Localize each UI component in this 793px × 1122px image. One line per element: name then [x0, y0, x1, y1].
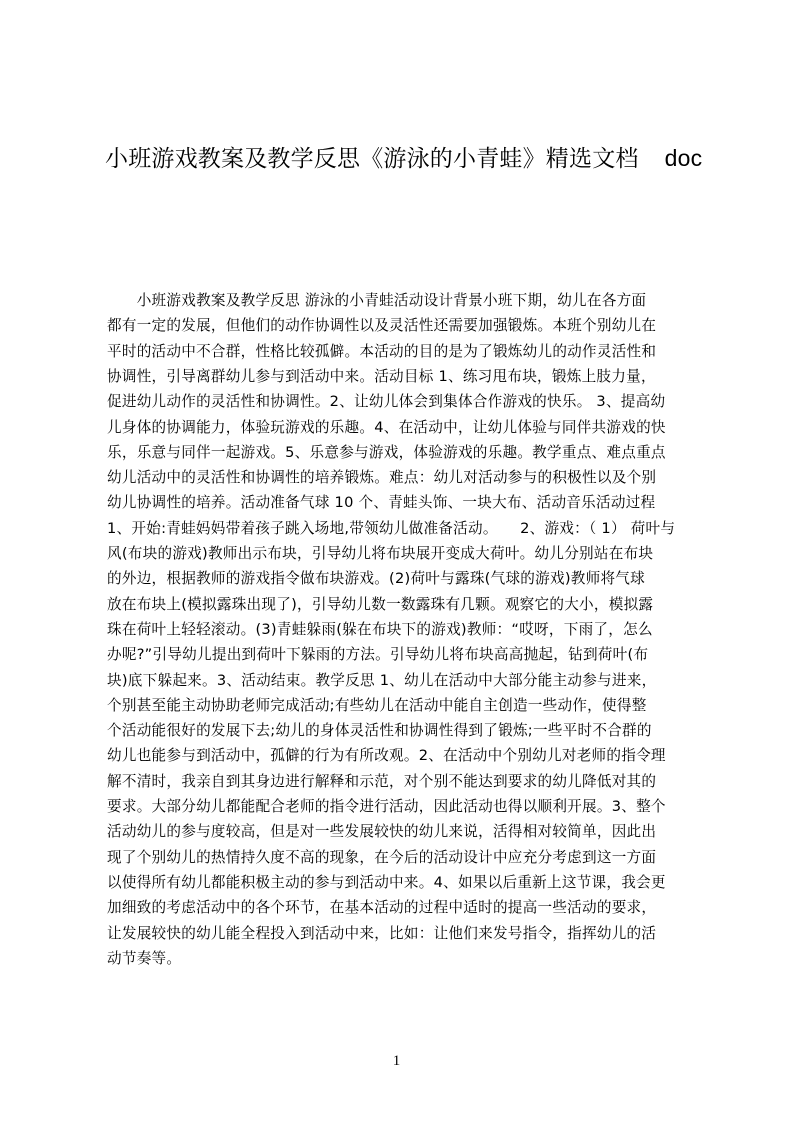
text-line: 现了个别幼儿的热情持久度不高的现象，在今后的活动设计中应充分考虑到这一方面: [107, 845, 656, 870]
body-text: 小班游戏教案及教学反思 游泳的小青蛙活动设计背景小班下期，幼儿在各方面都有一定的…: [107, 288, 698, 1028]
document-title: 小班游戏教案及教学反思《游泳的小青蛙》精选文档doc: [105, 140, 705, 180]
text-line: 个别甚至能主动协助老师完成活动;有些幼儿在活动中能自主创造一些动作，使得整: [107, 693, 647, 718]
text-line: 幼儿活动中的灵活性和协调性的培养锻炼。难点：幼儿对活动参与的积极性以及个别: [107, 465, 656, 490]
text-line: 1、开始:青蛙妈妈带着孩子跳入场地,带领幼儿做准备活动。 2、游戏：（ 1） 荷…: [107, 516, 675, 541]
text-line: 促进幼儿动作的灵活性和协调性。2、让幼儿体会到集体合作游戏的快乐。 3、提高幼: [107, 389, 665, 414]
title-suffix: doc: [665, 145, 703, 171]
text-line: 乐，乐意与同伴一起游戏。5、乐意参与游戏，体验游戏的乐趣。教学重点、难点重点: [107, 440, 666, 465]
document-page: 小班游戏教案及教学反思《游泳的小青蛙》精选文档doc 小班游戏教案及教学反思 游…: [0, 0, 793, 1122]
text-line: 平时的活动中不合群，性格比较孤僻。本活动的目的是为了锻炼幼儿的动作灵活性和: [107, 339, 656, 364]
text-line: 加细致的考虑活动中的各个环节，在基本活动的过程中适时的提高一些活动的要求，: [107, 895, 656, 920]
text-line: 都有一定的发展，但他们的动作协调性以及灵活性还需要加强锻炼。本班个别幼儿在: [107, 313, 656, 338]
text-line: 块)底下躲起来。3、活动结束。教学反思 1、幼儿在活动中大部分能主动参与进来，: [107, 668, 656, 693]
text-line: 小班游戏教案及教学反思 游泳的小青蛙活动设计背景小班下期，幼儿在各方面: [107, 288, 646, 313]
text-line: 放在布块上(模拟露珠出现了)，引导幼儿数一数露珠有几颗。观察它的大小，模拟露: [107, 592, 653, 617]
text-line: 要求。大部分幼儿都能配合老师的指令进行活动，因此活动也得以顺利开展。3、整个: [107, 794, 666, 819]
text-line: 解不清时，我亲自到其身边进行解释和示范，对个别不能达到要求的幼儿降低对其的: [107, 769, 656, 794]
text-line: 珠在荷叶上轻轻滚动。(3)青蛙躲雨(躲在布块下的游戏)教师：“哎呀，下雨了，怎么: [107, 617, 653, 642]
text-line: 让发展较快的幼儿能全程投入到活动中来，比如：让他们来发号指令，指挥幼儿的活: [107, 921, 656, 946]
text-line: 风(布块的游戏)教师出示布块，引导幼儿将布块展开变成大荷叶。幼儿分别站在布块: [107, 541, 653, 566]
text-line: 协调性，引导离群幼儿参与到活动中来。活动目标 1、练习甩布块，锻炼上肢力量，: [107, 364, 656, 389]
text-line: 个活动能很好的发展下去;幼儿的身体灵活性和协调性得到了锻炼;一些平时不合群的: [107, 718, 652, 743]
text-line: 儿身体的协调能力，体验玩游戏的乐趣。4、在活动中，让幼儿体验与同伴共游戏的快: [107, 415, 666, 440]
text-line: 动节奏等。: [107, 946, 181, 971]
text-line: 的外边，根据教师的游戏指令做布块游戏。(2)荷叶与露珠(气球的游戏)教师将气球: [107, 566, 645, 591]
text-line: 办呢?”引导幼儿提出到荷叶下躲雨的方法。引导幼儿将布块高高抛起，钻到荷叶(布: [107, 642, 648, 667]
text-line: 幼儿也能参与到活动中，孤僻的行为有所改观。2、在活动中个别幼儿对老师的指令理: [107, 743, 666, 768]
page-number: 1: [0, 1053, 793, 1070]
title-text: 小班游戏教案及教学反思《游泳的小青蛙》精选文档: [105, 146, 639, 172]
text-line: 活动幼儿的参与度较高，但是对一些发展较快的幼儿来说，活得相对较简单，因此出: [107, 819, 656, 844]
text-line: 以使得所有幼儿都能积极主动的参与到活动中来。4、如果以后重新上这节课，我会更: [107, 870, 666, 895]
text-line: 幼儿协调性的培养。活动准备气球 10 个、青蛙头饰、一块大布、活动音乐活动过程: [107, 490, 655, 515]
